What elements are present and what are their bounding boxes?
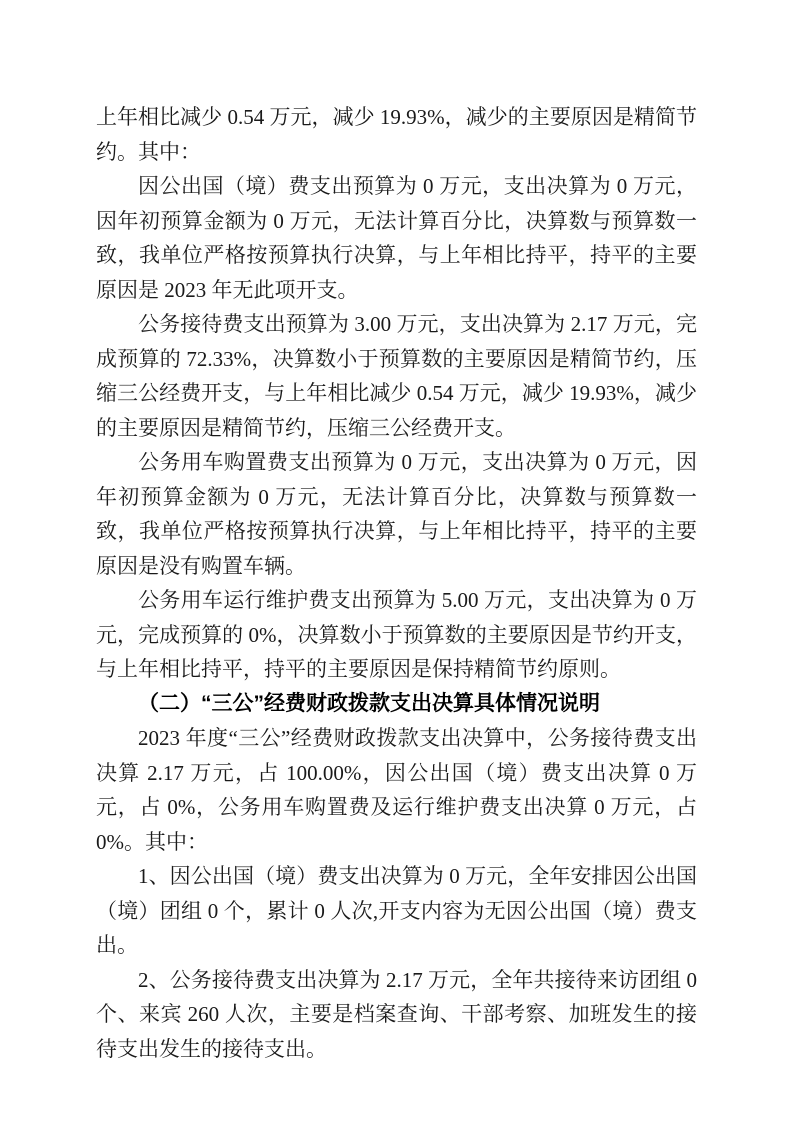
paragraph-item2-reception-expense: 2、公务接待费支出决算为 2.17 万元，全年共接待来访团组 0 个、来宾 26… bbox=[96, 963, 697, 1067]
paragraph-vehicle-maintenance-budget: 公务用车运行维护费支出预算为 5.00 万元，支出决算为 0 万元，完成预算的 … bbox=[96, 583, 697, 687]
document-page: 上年相比减少 0.54 万元，减少 19.93%，减少的主要原因是精简节约。其中… bbox=[0, 0, 793, 1122]
paragraph-official-reception-budget: 公务接待费支出预算为 3.00 万元，支出决算为 2.17 万元，完成预算的 7… bbox=[96, 307, 697, 445]
paragraph-three-public-funds-summary: 2023 年度“三公”经费财政拨款支出决算中，公务接待费支出决算 2.17 万元… bbox=[96, 721, 697, 859]
section-heading-three-public-funds-details: （二）“三公”经费财政拨款支出决算具体情况说明 bbox=[96, 687, 697, 722]
document-body: 上年相比减少 0.54 万元，减少 19.93%，减少的主要原因是精简节约。其中… bbox=[96, 100, 697, 1066]
paragraph-overview-continued: 上年相比减少 0.54 万元，减少 19.93%，减少的主要原因是精简节约。其中… bbox=[96, 100, 697, 169]
paragraph-vehicle-purchase-budget: 公务用车购置费支出预算为 0 万元，支出决算为 0 万元，因年初预算金额为 0 … bbox=[96, 445, 697, 583]
paragraph-abroad-expense-budget: 因公出国（境）费支出预算为 0 万元，支出决算为 0 万元，因年初预算金额为 0… bbox=[96, 169, 697, 307]
paragraph-item1-abroad-expense: 1、因公出国（境）费支出决算为 0 万元，全年安排因公出国（境）团组 0 个，累… bbox=[96, 859, 697, 963]
